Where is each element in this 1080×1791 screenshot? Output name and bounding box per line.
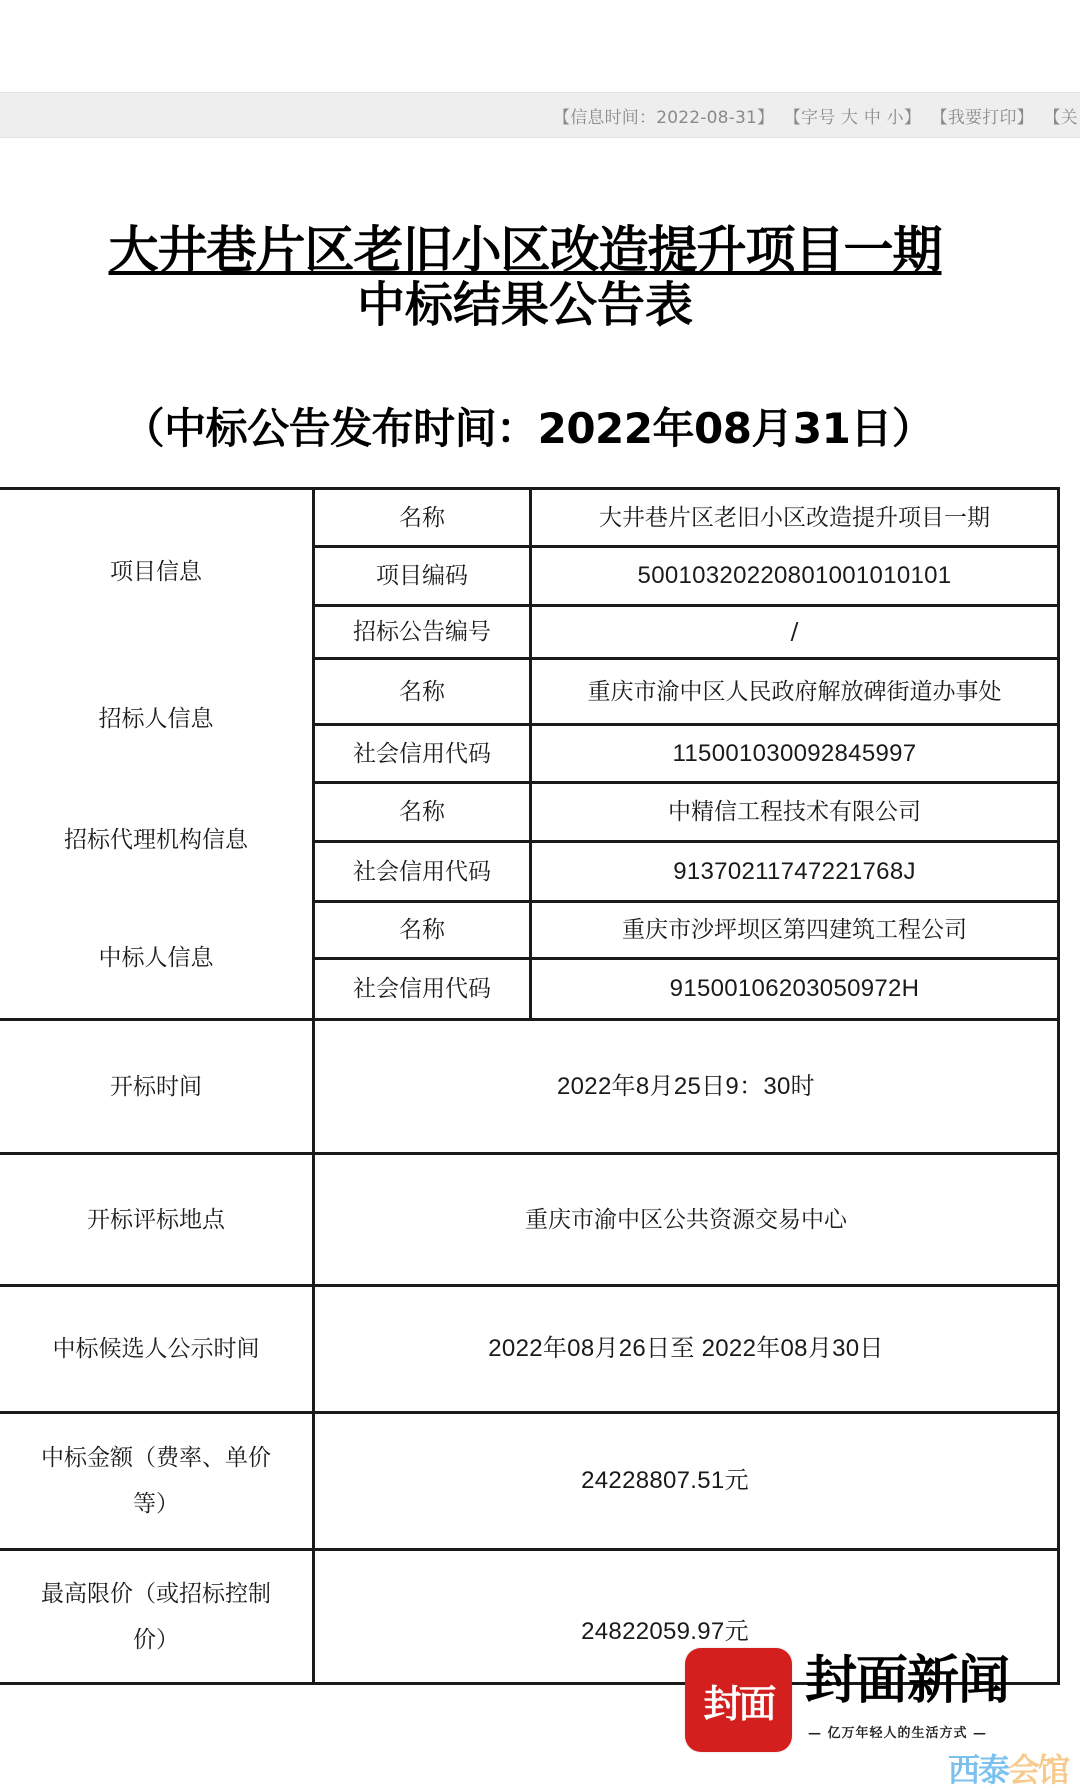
cover-news-tagline: — 亿万年轻人的生活方式 — (808, 1722, 987, 1741)
bid-opening-time-label: 开标时间 (0, 1021, 312, 1152)
project-code-value: 50010320220801001010101 (532, 548, 1057, 604)
field-label: 社会信用代码 (315, 960, 529, 1018)
group-label-project: 项目信息 (0, 550, 312, 594)
field-label: 招标公告编号 (315, 607, 529, 657)
title-text: 大井巷片区老旧小区改造提升项目一期 (109, 221, 942, 279)
field-label: 名称 (315, 784, 529, 840)
agency-credit-code-value: 91370211747221768J (532, 843, 1057, 900)
bid-location-value: 重庆市渝中区公共资源交易中心 (315, 1155, 1057, 1284)
page-title-line1: 大井巷片区老旧小区改造提升项目一期 (0, 222, 1050, 278)
tender-notice-number-value: / (532, 607, 1057, 657)
publish-time-subtitle: （中标公告发布时间：2022年08月31日） (0, 402, 1056, 456)
info-bar: 【信息时间：2022-08-31】 【字号 大 中 小】 【我要打印】 【关 (0, 92, 1080, 138)
field-label: 社会信用代码 (315, 843, 529, 900)
group-label-winner: 中标人信息 (0, 936, 312, 980)
group-label-tenderer: 招标人信息 (0, 697, 312, 741)
info-bar-items: 【信息时间：2022-08-31】 【字号 大 中 小】 【我要打印】 【关 (553, 103, 1080, 128)
project-name-value: 大井巷片区老旧小区改造提升项目一期 (532, 490, 1057, 545)
logo-icon-text: 封面 (703, 1673, 773, 1728)
field-label: 社会信用代码 (315, 726, 529, 781)
table-border-right (1057, 487, 1060, 1685)
winner-credit-code-value: 91500106203050972H (532, 960, 1057, 1018)
field-label: 名称 (315, 660, 529, 723)
field-label: 名称 (315, 490, 529, 545)
tenderer-credit-code-value: 115001030092845997 (532, 726, 1057, 781)
watermark-part2: 会馆 (1008, 1751, 1068, 1789)
font-size-control[interactable]: 【字号 大 中 小】 (784, 108, 921, 128)
cover-news-logo-name: 封面新闻 (805, 1652, 1009, 1710)
watermark-part1: 西泰 (948, 1751, 1008, 1789)
bid-opening-time-value: 2022年8月25日9：30时 (315, 1021, 1057, 1152)
winning-amount-label: 中标金额（费率、单价等） (0, 1414, 312, 1548)
bid-location-label: 开标评标地点 (0, 1155, 312, 1284)
page-title-line2: 中标结果公告表 (0, 278, 1050, 332)
group-label-agency: 招标代理机构信息 (0, 818, 312, 862)
cover-news-logo-icon: 封面 (685, 1648, 792, 1752)
close-link[interactable]: 【关 (1043, 108, 1077, 128)
tenderer-name-value: 重庆市渝中区人民政府解放碑街道办事处 (532, 660, 1057, 723)
print-link[interactable]: 【我要打印】 (931, 108, 1034, 128)
field-label: 名称 (315, 903, 529, 957)
winner-name-value: 重庆市沙坪坝区第四建筑工程公司 (532, 903, 1057, 957)
info-time: 【信息时间：2022-08-31】 (553, 108, 774, 128)
price-cap-label: 最高限价（或招标控制价） (0, 1551, 312, 1682)
watermark: 西泰会馆 (948, 1752, 1068, 1788)
publicity-period-label: 中标候选人公示时间 (0, 1287, 312, 1411)
winning-amount-value: 24228807.51元 (315, 1414, 1015, 1548)
field-label: 项目编码 (315, 548, 529, 604)
agency-name-value: 中精信工程技术有限公司 (532, 784, 1057, 840)
publicity-period-value: 2022年08月26日至 2022年08月30日 (315, 1287, 1057, 1411)
